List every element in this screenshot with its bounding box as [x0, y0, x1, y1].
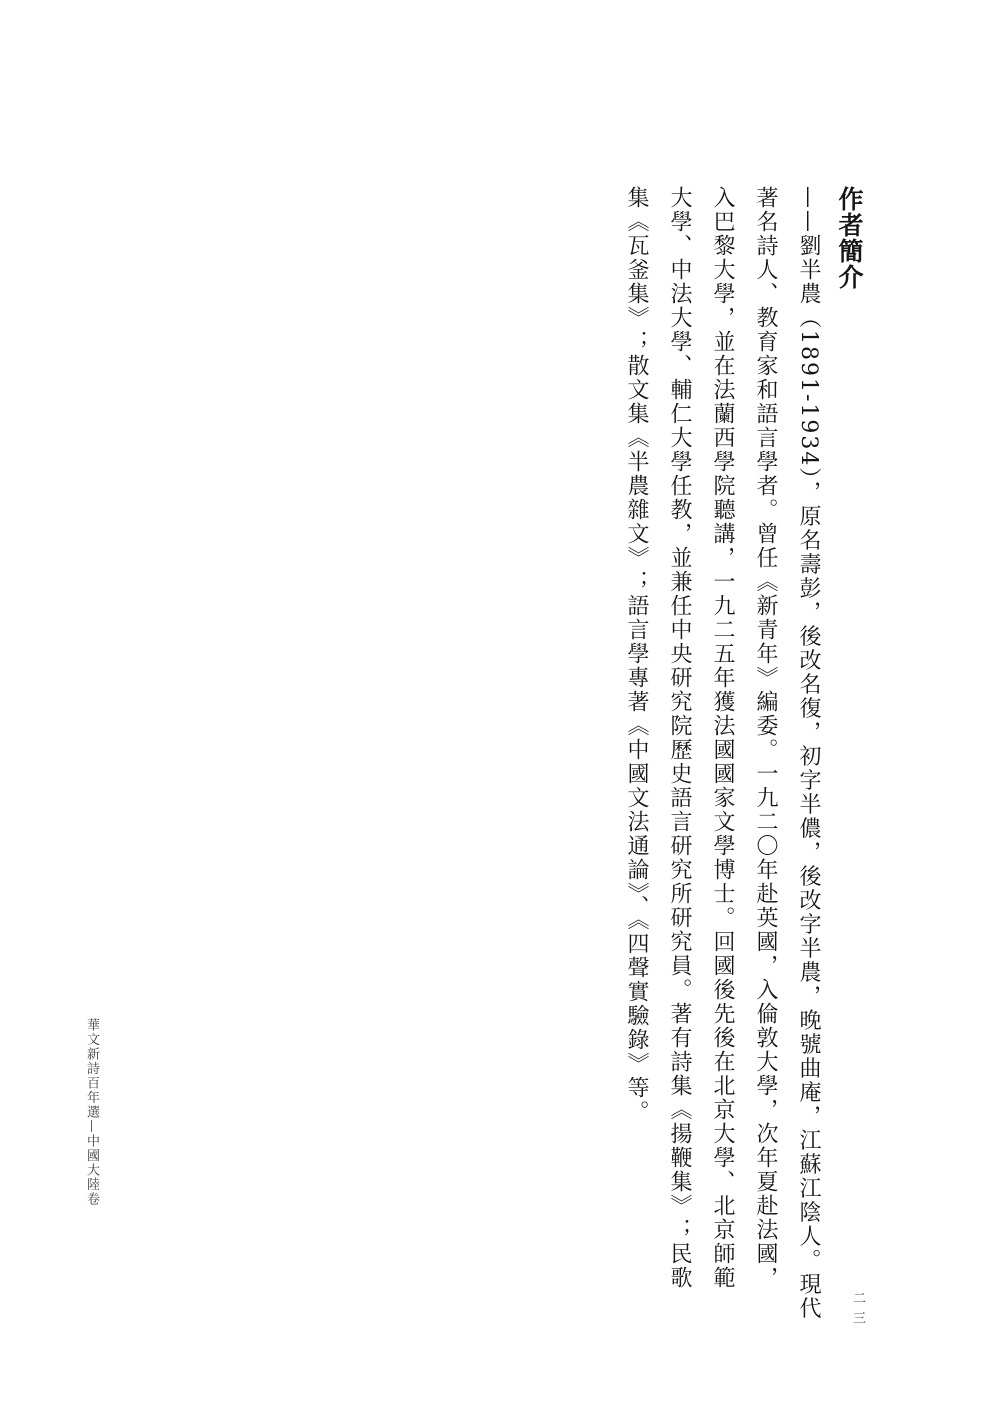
bio-text-column-4: 大學、中法大學、輔仁大學任教，並兼任中央研究院歷史語言研究所研究員。著有詩集《揚…: [658, 186, 701, 1326]
section-heading: 作者簡介: [830, 186, 868, 1326]
bio-text-column-5: 集《瓦釜集》；散文集《半農雜文》；語言學專著《中國文法通論》、《四聲實驗錄》等。: [615, 186, 658, 1326]
page-number: 二三: [848, 1291, 867, 1331]
book-series-title: 華文新詩百年選—中國大陸卷: [82, 1018, 101, 1207]
bio-text-column-2: 著名詩人、教育家和語言學者。曾任《新青年》編委。一九二〇年赴英國，入倫敦大學，次…: [744, 186, 787, 1326]
bio-text-column-3: 入巴黎大學，並在法蘭西學院聽講，一九二五年獲法國國家文學博士。回國後先後在北京大…: [701, 186, 744, 1326]
bio-text-column-1: ——劉半農（1891-1934），原名壽彭，後改名復，初字半儂，後改字半農，晚號…: [787, 186, 830, 1326]
book-page: 作者簡介 ——劉半農（1891-1934），原名壽彭，後改名復，初字半儂，後改字…: [0, 0, 1000, 1419]
author-bio-section: 作者簡介 ——劉半農（1891-1934），原名壽彭，後改名復，初字半儂，後改字…: [615, 186, 868, 1326]
